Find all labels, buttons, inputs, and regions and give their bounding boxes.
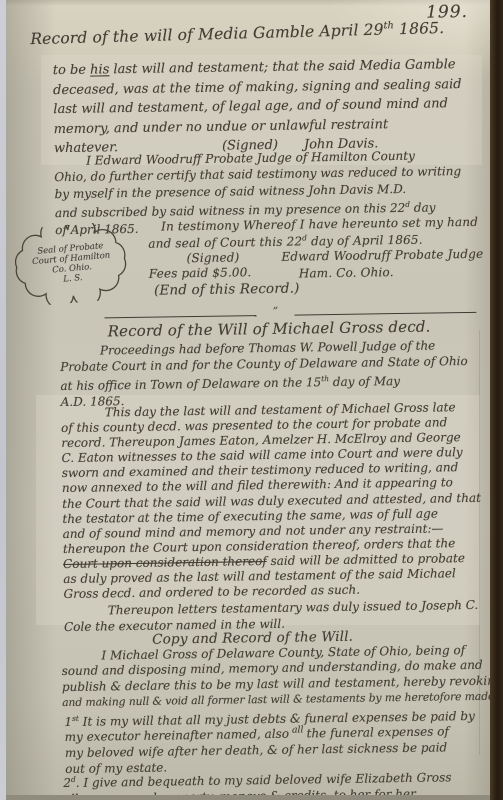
inserted-word-above-line: all <box>292 725 304 736</box>
record1-title-superscript: th <box>383 20 394 31</box>
struck-through-text: Court upon consideration thereof <box>63 554 267 571</box>
judge-signature-line: (Signed)Edward Woodruff Probate Judge <box>186 247 483 265</box>
jurisdiction-line: Ham. Co. Ohio. <box>299 265 394 280</box>
end-of-record-line: (End of this Record.) <box>154 280 300 298</box>
item-number: 1 <box>64 715 72 729</box>
seal-line: L. S. <box>63 273 83 285</box>
will-preamble-paragraph: I Michael Gross of Delaware County, Stat… <box>61 643 490 711</box>
scanned-record-book-page: 199. Record of the will of Media Gamble … <box>0 0 503 800</box>
line-text: last will and testament; that the said M… <box>109 57 455 77</box>
will-item-second-paragraph: 2d. I give and bequeath to my said belov… <box>63 766 452 795</box>
line-text: at his office in Town of Delaware on the… <box>60 375 321 393</box>
superscript: th <box>321 374 329 383</box>
line-text: day of April 1865. <box>307 233 423 249</box>
underlined-word: his <box>90 62 109 77</box>
line-text: day of May <box>329 374 400 389</box>
record1-title-year: 1865. <box>394 19 445 38</box>
record1-title: Record of the will of Media Gamble April… <box>30 19 444 48</box>
line-text: day <box>410 201 436 215</box>
book-binding-edge <box>490 0 503 800</box>
record1-title-text: Record of the will of Media Gamble April… <box>30 21 384 49</box>
line-text: my executor hereinafter named, also <box>65 727 290 744</box>
record2-title: Record of the Will of Michael Gross decd… <box>108 318 431 341</box>
signed-label: (Signed) <box>186 250 239 265</box>
ditto-mark: ” <box>256 305 294 319</box>
divider-rule <box>294 312 476 316</box>
seal-text: Seal of Probate Court of Hamilton Co. Oh… <box>9 220 135 308</box>
manuscript-paper: 199. Record of the will of Media Gamble … <box>6 0 490 795</box>
line-text: said will be admitted to probate <box>267 551 465 568</box>
handwriting-layer: 199. Record of the will of Media Gamble … <box>6 0 490 795</box>
page-bottom-edge <box>6 795 490 800</box>
record2-proceedings-paragraph: Proceedings had before Thomas W. Powell … <box>60 338 468 410</box>
line-text: to be <box>53 63 91 79</box>
fees-line: Fees paid $5.00. <box>149 265 252 281</box>
item-number: 2 <box>63 776 71 790</box>
record1-body-paragraph: to be his last will and testament; that … <box>53 55 463 159</box>
probate-court-seal: Seal of Probate Court of Hamilton Co. Oh… <box>9 220 135 308</box>
line-text: and seal of Court this 22 <box>148 234 302 250</box>
line-text: the funeral expenses of <box>306 725 448 741</box>
divider-rule <box>104 315 256 318</box>
judge-signature: Edward Woodruff Probate Judge <box>281 247 483 264</box>
record2-probate-paragraph: This day the last will and testament of … <box>61 400 483 602</box>
